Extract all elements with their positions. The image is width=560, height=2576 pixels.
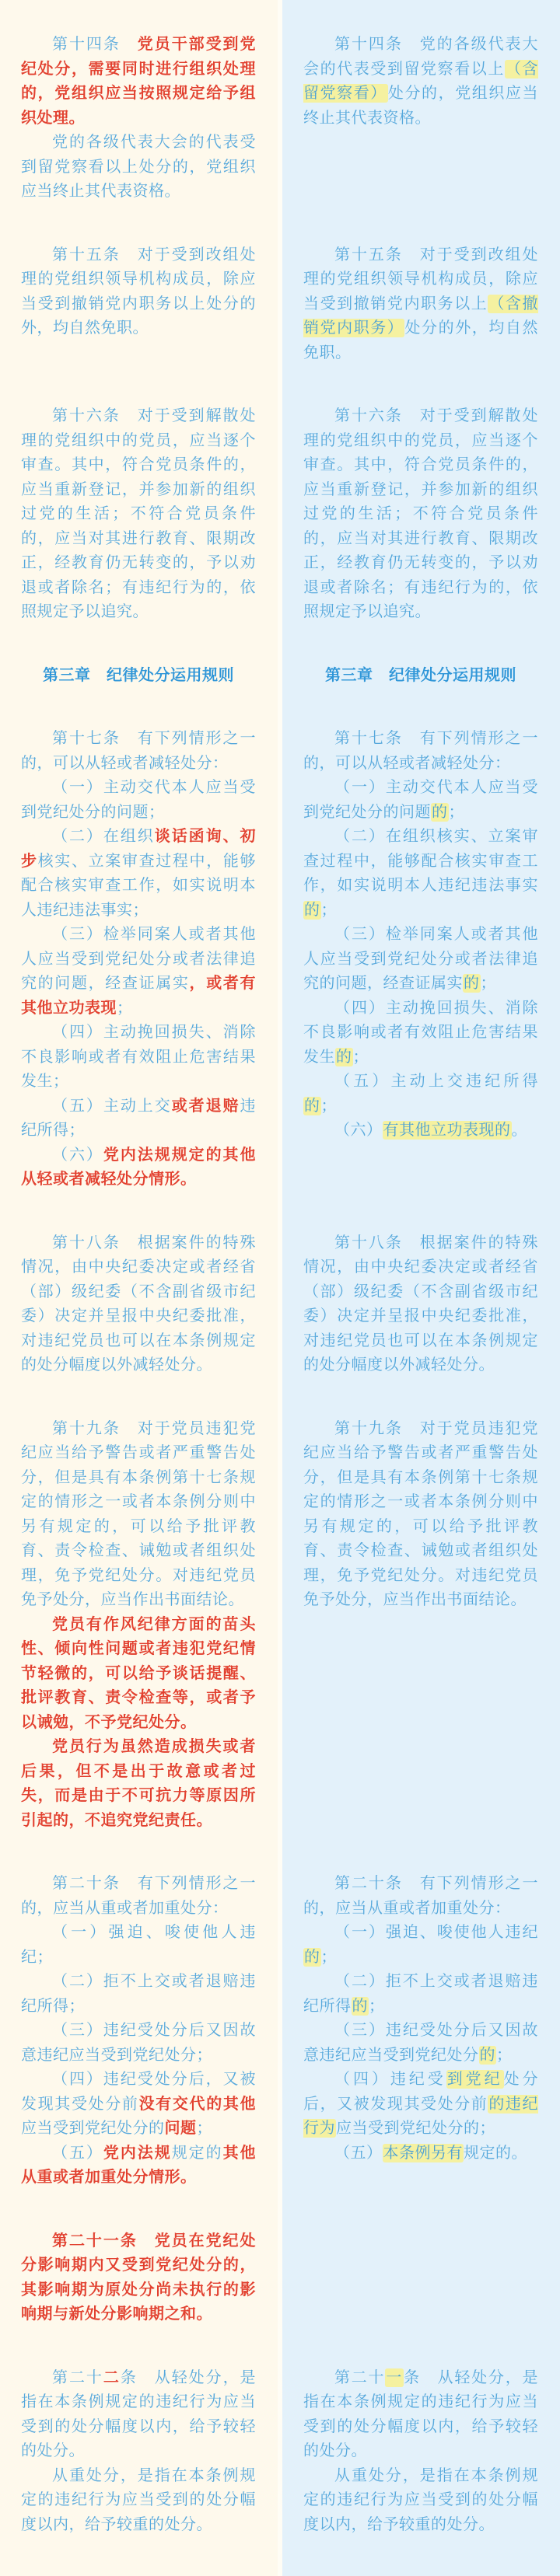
- article-paragraph: （五）主动上交违纪所得的；: [303, 1070, 538, 1119]
- body-text: （一）强迫、唆使他人违纪；: [21, 1924, 256, 1966]
- article-paragraph: （四）主动挽回损失、消除不良影响或者有效阻止危害结果发生的；: [303, 997, 538, 1070]
- removed-text: 二: [103, 2369, 121, 2386]
- body-text: 第二十条 有下列情形之一的，应当从重或者加重处分：: [21, 1875, 256, 1917]
- added-text-highlight: 的: [303, 1948, 321, 1967]
- body-text: 第二十条 有下列情形之一的，应当从重或者加重处分：: [303, 1875, 538, 1917]
- body-text: 规定的。: [464, 2145, 527, 2162]
- body-text: ；: [321, 1098, 338, 1115]
- body-text: （一）强迫、唆使他人违纪: [334, 1924, 538, 1941]
- article-paragraph: 第二十条 有下列情形之一的，应当从重或者加重处分：: [21, 1872, 256, 1921]
- body-text: ；: [369, 1998, 385, 2015]
- article-paragraph: （五）主动上交或者退赔违纪所得；: [21, 1094, 256, 1143]
- article-17-new: 第十七条 有下列情形之一的，可以从轻或者减轻处分：（一）主动交代本人应当受到党纪…: [282, 727, 560, 1192]
- article-21-old-new: [282, 2229, 560, 2327]
- body-text: ；: [321, 902, 338, 919]
- article-paragraph: （二）在组织核实、立案审查过程中，能够配合核实审查工作，如实说明本人违纪违法事实…: [303, 825, 538, 923]
- article-paragraph: 第二十一条 党员在党纪处分影响期内又受到党纪处分的，其影响期为原处分尚未执行的影…: [21, 2229, 256, 2327]
- article-paragraph: 第十七条 有下列情形之一的，可以从轻或者减轻处分：: [303, 727, 538, 776]
- article-paragraph: 第十六条 对于受到解散处理的党组织中的党员，应当逐个审查。其中，符合党员条件的，…: [303, 404, 538, 625]
- article-paragraph: （一）主动交代本人应当受到党纪处分的问题的；: [303, 776, 538, 825]
- article-15-old: 第十五条 对于受到改组处理的党组织领导机构成员，除应当受到撤销党内职务以上处分的…: [0, 243, 278, 366]
- body-text: 第二十: [52, 2369, 103, 2386]
- removed-text: 第二十一条 党员在党纪处分影响期内又受到党纪处分的，其影响期为原处分尚未执行的影…: [21, 2232, 256, 2323]
- article-22-old-21-new-new: 第二十一条 从轻处分，是指在本条例规定的违纪行为应当受到的处分幅度以内，给予较轻…: [282, 2366, 560, 2538]
- body-text: （二）在组织: [52, 828, 155, 845]
- body-text: （四）主动挽回损失、消除不良影响或者有效阻止危害结果发生；: [21, 1024, 256, 1090]
- added-text-highlight: 一: [385, 2368, 404, 2387]
- article-paragraph: （二）拒不上交或者退赔违纪所得的；: [303, 1970, 538, 2019]
- article-14-new: 第十四条 党的各级代表大会的代表受到留党察看以上（含留党察看）处分的，党组织应当…: [282, 33, 560, 204]
- article-paragraph: 第十五条 对于受到改组处理的党组织领导机构成员，除应当受到撤销党内职务以上（含撤…: [303, 243, 538, 366]
- article-18-new: 第十八条 根据案件的特殊情况，由中央纪委决定或者经省（部）级纪委（不含副省级市纪…: [282, 1231, 560, 1378]
- body-text: （二）拒不上交或者退赔违纪所得；: [21, 1973, 256, 2015]
- body-text: 应当受到党纪处分的: [21, 2120, 165, 2137]
- removed-text: 没有交代的其他: [139, 2096, 256, 2113]
- article-19-new: 第十九条 对于党员违犯党纪应当给予警告或者严重警告处分，但是具有本条例第十七条规…: [282, 1417, 560, 1834]
- added-text-highlight: 的: [479, 2046, 497, 2065]
- chapter-3-heading-old: 第三章 纪律处分运用规则: [0, 664, 278, 689]
- body-text: 从重处分，是指在本条例规定的违纪行为应当受到的处分幅度以内，给予较重的处分。: [21, 2467, 256, 2533]
- article-paragraph: （四）主动挽回损失、消除不良影响或者有效阻止危害结果发生；: [21, 1021, 256, 1094]
- body-text: （三）检举同案人或者其他人应当受到党纪处分或者法律追究的问题，经查证属实: [303, 926, 538, 992]
- body-text: 第十八条 根据案件的特殊情况，由中央纪委决定或者经省（部）级纪委（不含副省级市纪…: [303, 1234, 538, 1374]
- article-paragraph: 第十八条 根据案件的特殊情况，由中央纪委决定或者经省（部）级纪委（不含副省级市纪…: [303, 1231, 538, 1378]
- article-paragraph: （六）有其他立功表现的。: [303, 1119, 538, 1143]
- body-text: 规定的: [172, 2145, 223, 2162]
- added-text-highlight: 有其他立功表现的: [383, 1121, 512, 1140]
- body-text: 第三章 纪律处分运用规则: [43, 667, 234, 684]
- removed-text: 或者退赔: [172, 1098, 240, 1115]
- body-text: 第十六条 对于受到解散处理的党组织中的党员，应当逐个审查。其中，符合党员条件的，…: [21, 407, 256, 620]
- article-paragraph: 从重处分，是指在本条例规定的违纪行为应当受到的处分幅度以内，给予较重的处分。: [303, 2464, 538, 2538]
- article-15-new: 第十五条 对于受到改组处理的党组织领导机构成员，除应当受到撤销党内职务以上（含撤…: [282, 243, 560, 366]
- body-text: （三）违纪受处分后又因故意违纪应当受到党纪处分；: [21, 2022, 256, 2064]
- article-paragraph: 第十九条 对于党员违犯党纪应当给予警告或者严重警告处分，但是具有本条例第十七条规…: [303, 1417, 538, 1613]
- body-text: 。: [512, 1122, 528, 1139]
- body-text: ；: [117, 1000, 133, 1017]
- added-text-highlight: 本条例另有: [383, 2144, 464, 2162]
- added-text-highlight: 的: [431, 803, 449, 822]
- article-paragraph: 第十七条 有下列情形之一的，可以从轻或者减轻处分：: [21, 727, 256, 776]
- article-paragraph: （二）拒不上交或者退赔违纪所得；: [21, 1970, 256, 2019]
- article-paragraph: （三）违纪受处分后又因故意违纪应当受到党纪处分的；: [303, 2019, 538, 2068]
- article-paragraph: （三）检举同案人或者其他人应当受到党纪处分或者法律追究的问题，经查证属实的；: [303, 923, 538, 997]
- body-text: 从重处分，是指在本条例规定的违纪行为应当受到的处分幅度以内，给予较重的处分。: [303, 2467, 538, 2533]
- body-text: 党的各级代表大会的代表受到留党察看以上处分的，党组织应当终止其代表资格。: [21, 134, 256, 200]
- body-text: 第十四条: [52, 36, 138, 53]
- body-text: 第十八条 根据案件的特殊情况，由中央纪委决定或者经省（部）级纪委（不含副省级市纪…: [21, 1234, 256, 1374]
- article-paragraph: 第十四条 党员干部受到党纪处分，需要同时进行组织处理的，党组织应当按照规定给予组…: [21, 33, 256, 131]
- added-text-highlight: 的: [352, 1997, 369, 2016]
- article-paragraph: （一）强迫、唆使他人违纪的；: [303, 1921, 538, 1970]
- removed-text: 党员行为虽然造成损失或者后果，但不是出于故意或者过失，而是由于不可抗力等原因所引…: [21, 1738, 256, 1829]
- chapter-3-heading-new: 第三章 纪律处分运用规则: [282, 664, 560, 689]
- body-text: 第十七条 有下列情形之一的，可以从轻或者减轻处分：: [303, 730, 538, 772]
- article-paragraph: 第十八条 根据案件的特殊情况，由中央纪委决定或者经省（部）级纪委（不含副省级市纪…: [21, 1231, 256, 1378]
- article-20-new: 第二十条 有下列情形之一的，应当从重或者加重处分：（一）强迫、唆使他人违纪的；（…: [282, 1872, 560, 2190]
- article-paragraph: （三）检举同案人或者其他人应当受到党纪处分或者法律追究的问题，经查证属实，或者有…: [21, 923, 256, 1021]
- removed-text: 问题: [165, 2120, 197, 2137]
- body-text: 第二十: [334, 2369, 385, 2386]
- body-text: ；: [496, 2047, 513, 2064]
- body-text: 第十六条 对于受到解散处理的党组织中的党员，应当逐个审查。其中，符合党员条件的，…: [303, 407, 538, 620]
- body-text: （一）主动交代本人应当受到党纪处分的问题: [303, 779, 538, 821]
- article-16-old: 第十六条 对于受到解散处理的党组织中的党员，应当逐个审查。其中，符合党员条件的，…: [0, 404, 278, 625]
- article-paragraph: 第十五条 对于受到改组处理的党组织领导机构成员，除应当受到撤销党内职务以上处分的…: [21, 243, 256, 341]
- article-21-old-old: 第二十一条 党员在党纪处分影响期内又受到党纪处分的，其影响期为原处分尚未执行的影…: [0, 2229, 278, 2327]
- article-paragraph: 党的各级代表大会的代表受到留党察看以上处分的，党组织应当终止其代表资格。: [21, 131, 256, 204]
- body-text: ；: [197, 2120, 213, 2137]
- article-paragraph: （一）强迫、唆使他人违纪；: [21, 1921, 256, 1970]
- body-text: 第十七条 有下列情形之一的，可以从轻或者减轻处分：: [21, 730, 256, 772]
- removed-text: 党员有作风纪律方面的苗头性、倾向性问题或者违犯党纪情节轻微的，可以给予谈话提醒、…: [21, 1616, 256, 1731]
- article-paragraph: （四）违纪受到党纪处分后，又被发现其受处分前的违纪行为应当受到党纪处分的；: [303, 2068, 538, 2141]
- body-text: （二）拒不上交或者退赔违纪所得: [303, 1973, 538, 2015]
- article-paragraph: 党员有作风纪律方面的苗头性、倾向性问题或者违犯党纪情节轻微的，可以给予谈话提醒、…: [21, 1613, 256, 1736]
- body-text: （六）: [52, 1147, 103, 1164]
- article-paragraph: （四）违纪受处分后，又被发现其受处分前没有交代的其他应当受到党纪处分的问题；: [21, 2068, 256, 2141]
- article-paragraph: 第十九条 对于党员违犯党纪应当给予警告或者严重警告处分，但是具有本条例第十七条规…: [21, 1417, 256, 1613]
- article-paragraph: 从重处分，是指在本条例规定的违纪行为应当受到的处分幅度以内，给予较重的处分。: [21, 2464, 256, 2538]
- body-text: 第十五条 对于受到改组处理的党组织领导机构成员，除应当受到撤销党内职务以上处分的…: [21, 246, 256, 337]
- article-paragraph: 党员行为虽然造成损失或者后果，但不是出于故意或者过失，而是由于不可抗力等原因所引…: [21, 1735, 256, 1833]
- body-text: 第十九条 对于党员违犯党纪应当给予警告或者严重警告处分，但是具有本条例第十七条规…: [303, 1420, 538, 1609]
- added-text-highlight: 的: [463, 974, 481, 993]
- chapter-heading: 第三章 纪律处分运用规则: [21, 664, 256, 689]
- regulation-comparison-page: 第十四条 党员干部受到党纪处分，需要同时进行组织处理的，党组织应当按照规定给予组…: [0, 0, 560, 2576]
- article-18-old: 第十八条 根据案件的特殊情况，由中央纪委决定或者经省（部）级纪委（不含副省级市纪…: [0, 1231, 278, 1378]
- added-text-highlight: 的: [303, 901, 321, 920]
- article-16-new: 第十六条 对于受到解散处理的党组织中的党员，应当逐个审查。其中，符合党员条件的，…: [282, 404, 560, 625]
- body-text: （五）主动上交违纪所得: [334, 1073, 538, 1090]
- body-text: 核实、立案审查过程中，能够配合核实审查工作，如实说明本人违纪违法事实；: [21, 853, 256, 919]
- body-text: ；: [353, 1049, 369, 1066]
- body-text: 第三章 纪律处分运用规则: [325, 667, 516, 684]
- body-text: （五）: [52, 2145, 103, 2162]
- body-text: （五）主动上交: [52, 1098, 172, 1115]
- body-text: （四）违纪受: [334, 2071, 446, 2088]
- article-paragraph: （六）党内法规规定的其他从轻或者减轻处分情形。: [21, 1143, 256, 1192]
- chapter-heading: 第三章 纪律处分运用规则: [303, 664, 538, 689]
- article-paragraph: （一）主动交代本人应当受到党纪处分的问题；: [21, 776, 256, 825]
- added-text-highlight: 的: [303, 1097, 321, 1115]
- article-17-old: 第十七条 有下列情形之一的，可以从轻或者减轻处分：（一）主动交代本人应当受到党纪…: [0, 727, 278, 1192]
- body-text: （一）主动交代本人应当受到党纪处分的问题；: [21, 779, 256, 821]
- article-paragraph: 第二十条 有下列情形之一的，应当从重或者加重处分：: [303, 1872, 538, 1921]
- article-paragraph: 第十六条 对于受到解散处理的党组织中的党员，应当逐个审查。其中，符合党员条件的，…: [21, 404, 256, 625]
- article-paragraph: （三）违纪受处分后又因故意违纪应当受到党纪处分；: [21, 2019, 256, 2068]
- article-paragraph: （二）在组织谈话函询、初步核实、立案审查过程中，能够配合核实审查工作，如实说明本…: [21, 825, 256, 923]
- body-text: ；: [321, 1949, 338, 1966]
- removed-text: 党内法规: [103, 2145, 172, 2162]
- article-paragraph: 第二十二条 从轻处分，是指在本条例规定的违纪行为应当受到的处分幅度以内，给予较轻…: [21, 2366, 256, 2464]
- article-22-old-21-new-old: 第二十二条 从轻处分，是指在本条例规定的违纪行为应当受到的处分幅度以内，给予较轻…: [0, 2366, 278, 2538]
- body-text: ；: [481, 975, 497, 992]
- body-text: 第十四条 党的各级代表大会的代表受到留党察看以上: [303, 36, 538, 78]
- body-text: （五）: [334, 2145, 383, 2162]
- article-paragraph: 第十四条 党的各级代表大会的代表受到留党察看以上（含留党察看）处分的，党组织应当…: [303, 33, 538, 131]
- added-text-highlight: 到党纪: [446, 2070, 504, 2089]
- body-text: 应当受到党纪处分的；: [336, 2120, 495, 2137]
- article-20-old: 第二十条 有下列情形之一的，应当从重或者加重处分：（一）强迫、唆使他人违纪；（二…: [0, 1872, 278, 2190]
- body-text: ；: [449, 804, 465, 821]
- article-14-old: 第十四条 党员干部受到党纪处分，需要同时进行组织处理的，党组织应当按照规定给予组…: [0, 33, 278, 204]
- body-text: （六）: [334, 1122, 383, 1139]
- added-text-highlight: 的: [335, 1048, 353, 1066]
- article-paragraph: （五）本条例另有规定的。: [303, 2141, 538, 2166]
- article-paragraph: 第二十一条 从轻处分，是指在本条例规定的违纪行为应当受到的处分幅度以内，给予较轻…: [303, 2366, 538, 2464]
- body-text: （二）在组织核实、立案审查过程中，能够配合核实审查工作，如实说明本人违纪违法事实: [303, 828, 538, 894]
- article-19-old: 第十九条 对于党员违犯党纪应当给予警告或者严重警告处分，但是具有本条例第十七条规…: [0, 1417, 278, 1834]
- article-paragraph: （五）党内法规规定的其他从重或者加重处分情形。: [21, 2141, 256, 2190]
- body-text: 第十九条 对于党员违犯党纪应当给予警告或者严重警告处分，但是具有本条例第十七条规…: [21, 1420, 256, 1609]
